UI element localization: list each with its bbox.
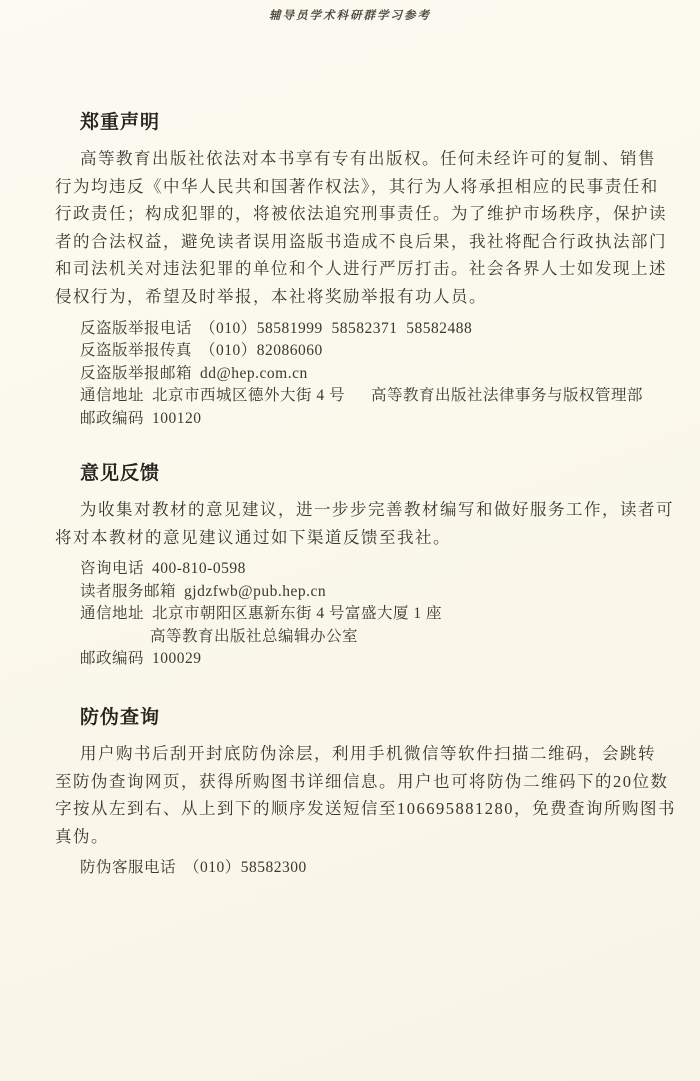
contact-value: gjdzfwb@pub.hep.cn xyxy=(184,583,326,600)
contact-value: dd@hep.com.cn xyxy=(200,365,308,382)
feedback-contact-list: 咨询电话400-810-0598 读者服务邮箱gjdzfwb@pub.hep.c… xyxy=(80,558,655,671)
contact-value: 100029 xyxy=(152,650,202,667)
feedback-paragraph: 为收集对教材的意见建议，进一步步完善教材编写和做好服务工作，读者可 将对本教材的… xyxy=(55,496,655,551)
contact-label: 防伪客服电话 xyxy=(80,857,176,880)
anticounterfeit-title: 防伪查询 xyxy=(80,705,655,731)
contact-value-secondary: 高等教育出版社法律事务与版权管理部 xyxy=(371,387,643,404)
scanned-page: 辅导员学术科研群学习参考 郑重声明 高等教育出版社依法对本书享有专有出版权。任何… xyxy=(0,0,700,1081)
feedback-title: 意见反馈 xyxy=(80,461,655,487)
contact-line: 读者服务邮箱gjdzfwb@pub.hep.cn xyxy=(80,581,655,604)
contact-label: 反盗版举报传真 xyxy=(80,340,192,363)
contact-line: 反盗版举报邮箱dd@hep.com.cn xyxy=(80,363,655,386)
paragraph-line: 高等教育出版社依法对本书享有专有出版权。任何未经许可的复制、销售 xyxy=(55,145,655,173)
contact-value: （010）58581999 58582371 58582488 xyxy=(200,320,472,337)
contact-value: （010）58582300 xyxy=(184,859,307,876)
contact-label: 通信地址 xyxy=(80,603,144,626)
contact-value: 北京市西城区德外大街 4 号 xyxy=(152,387,345,404)
paragraph-line: 侵权行为，希望及时举报，本社将奖励举报有功人员。 xyxy=(55,283,655,311)
contact-line: 通信地址北京市朝阳区惠新东街 4 号富盛大厦 1 座 xyxy=(80,603,655,626)
paragraph-line: 和司法机关对违法犯罪的单位和个人进行严厉打击。社会各界人士如发现上述 xyxy=(55,255,655,283)
paragraph-line: 为收集对教材的意见建议，进一步步完善教材编写和做好服务工作，读者可 xyxy=(55,496,655,524)
contact-label: 邮政编码 xyxy=(80,648,144,671)
declaration-title: 郑重声明 xyxy=(80,110,655,136)
paragraph-line: 者的合法权益，避免读者误用盗版书造成不良后果，我社将配合行政执法部门 xyxy=(55,228,655,256)
contact-label: 咨询电话 xyxy=(80,558,144,581)
contact-value-continuation: 高等教育出版社总编辑办公室 xyxy=(80,626,655,649)
declaration-contact-list: 反盗版举报电话（010）58581999 58582371 58582488 反… xyxy=(80,318,655,431)
paragraph-line: 用户购书后刮开封底防伪涂层，利用手机微信等软件扫描二维码，会跳转 xyxy=(55,740,655,768)
contact-label: 通信地址 xyxy=(80,385,144,408)
contact-line: 反盗版举报传真（010）82086060 xyxy=(80,340,655,363)
contact-value: （010）82086060 xyxy=(200,342,323,359)
contact-line: 邮政编码100120 xyxy=(80,408,655,431)
contact-line: 反盗版举报电话（010）58581999 58582371 58582488 xyxy=(80,318,655,341)
anticounterfeit-paragraph: 用户购书后刮开封底防伪涂层，利用手机微信等软件扫描二维码，会跳转 至防伪查询网页… xyxy=(55,740,655,850)
section-declaration: 郑重声明 高等教育出版社依法对本书享有专有出版权。任何未经许可的复制、销售 行为… xyxy=(55,110,655,430)
contact-label: 读者服务邮箱 xyxy=(80,581,176,604)
section-feedback: 意见反馈 为收集对教材的意见建议，进一步步完善教材编写和做好服务工作，读者可 将… xyxy=(55,461,655,671)
contact-value: 北京市朝阳区惠新东街 4 号富盛大厦 1 座 xyxy=(152,605,442,622)
paragraph-line: 将对本教材的意见建议通过如下渠道反馈至我社。 xyxy=(55,524,655,552)
contact-label: 反盗版举报电话 xyxy=(80,318,192,341)
paragraph-line: 至防伪查询网页，获得所购图书详细信息。用户也可将防伪二维码下的20位数 xyxy=(55,768,655,796)
contact-value: 400-810-0598 xyxy=(152,560,246,577)
section-anticounterfeit: 防伪查询 用户购书后刮开封底防伪涂层，利用手机微信等软件扫描二维码，会跳转 至防… xyxy=(55,705,655,880)
paragraph-line: 字按从左到右、从上到下的顺序发送短信至106695881280，免费查询所购图书 xyxy=(55,795,655,823)
contact-label: 邮政编码 xyxy=(80,408,144,431)
contact-value: 100120 xyxy=(152,410,202,427)
paragraph-line: 真伪。 xyxy=(55,823,655,851)
contact-label: 反盗版举报邮箱 xyxy=(80,363,192,386)
declaration-paragraph: 高等教育出版社依法对本书享有专有出版权。任何未经许可的复制、销售 行为均违反《中… xyxy=(55,145,655,311)
paragraph-line: 行政责任；构成犯罪的，将被依法追究刑事责任。为了维护市场秩序，保护读 xyxy=(55,200,655,228)
header-watermark-note: 辅导员学术科研群学习参考 xyxy=(0,7,700,23)
service-phone-line: 防伪客服电话（010）58582300 xyxy=(80,857,655,880)
contact-line: 邮政编码100029 xyxy=(80,648,655,671)
paragraph-line: 行为均违反《中华人民共和国著作权法》，其行为人将承担相应的民事责任和 xyxy=(55,173,655,201)
contact-line: 通信地址北京市西城区德外大街 4 号高等教育出版社法律事务与版权管理部 xyxy=(80,385,655,408)
contact-line: 咨询电话400-810-0598 xyxy=(80,558,655,581)
